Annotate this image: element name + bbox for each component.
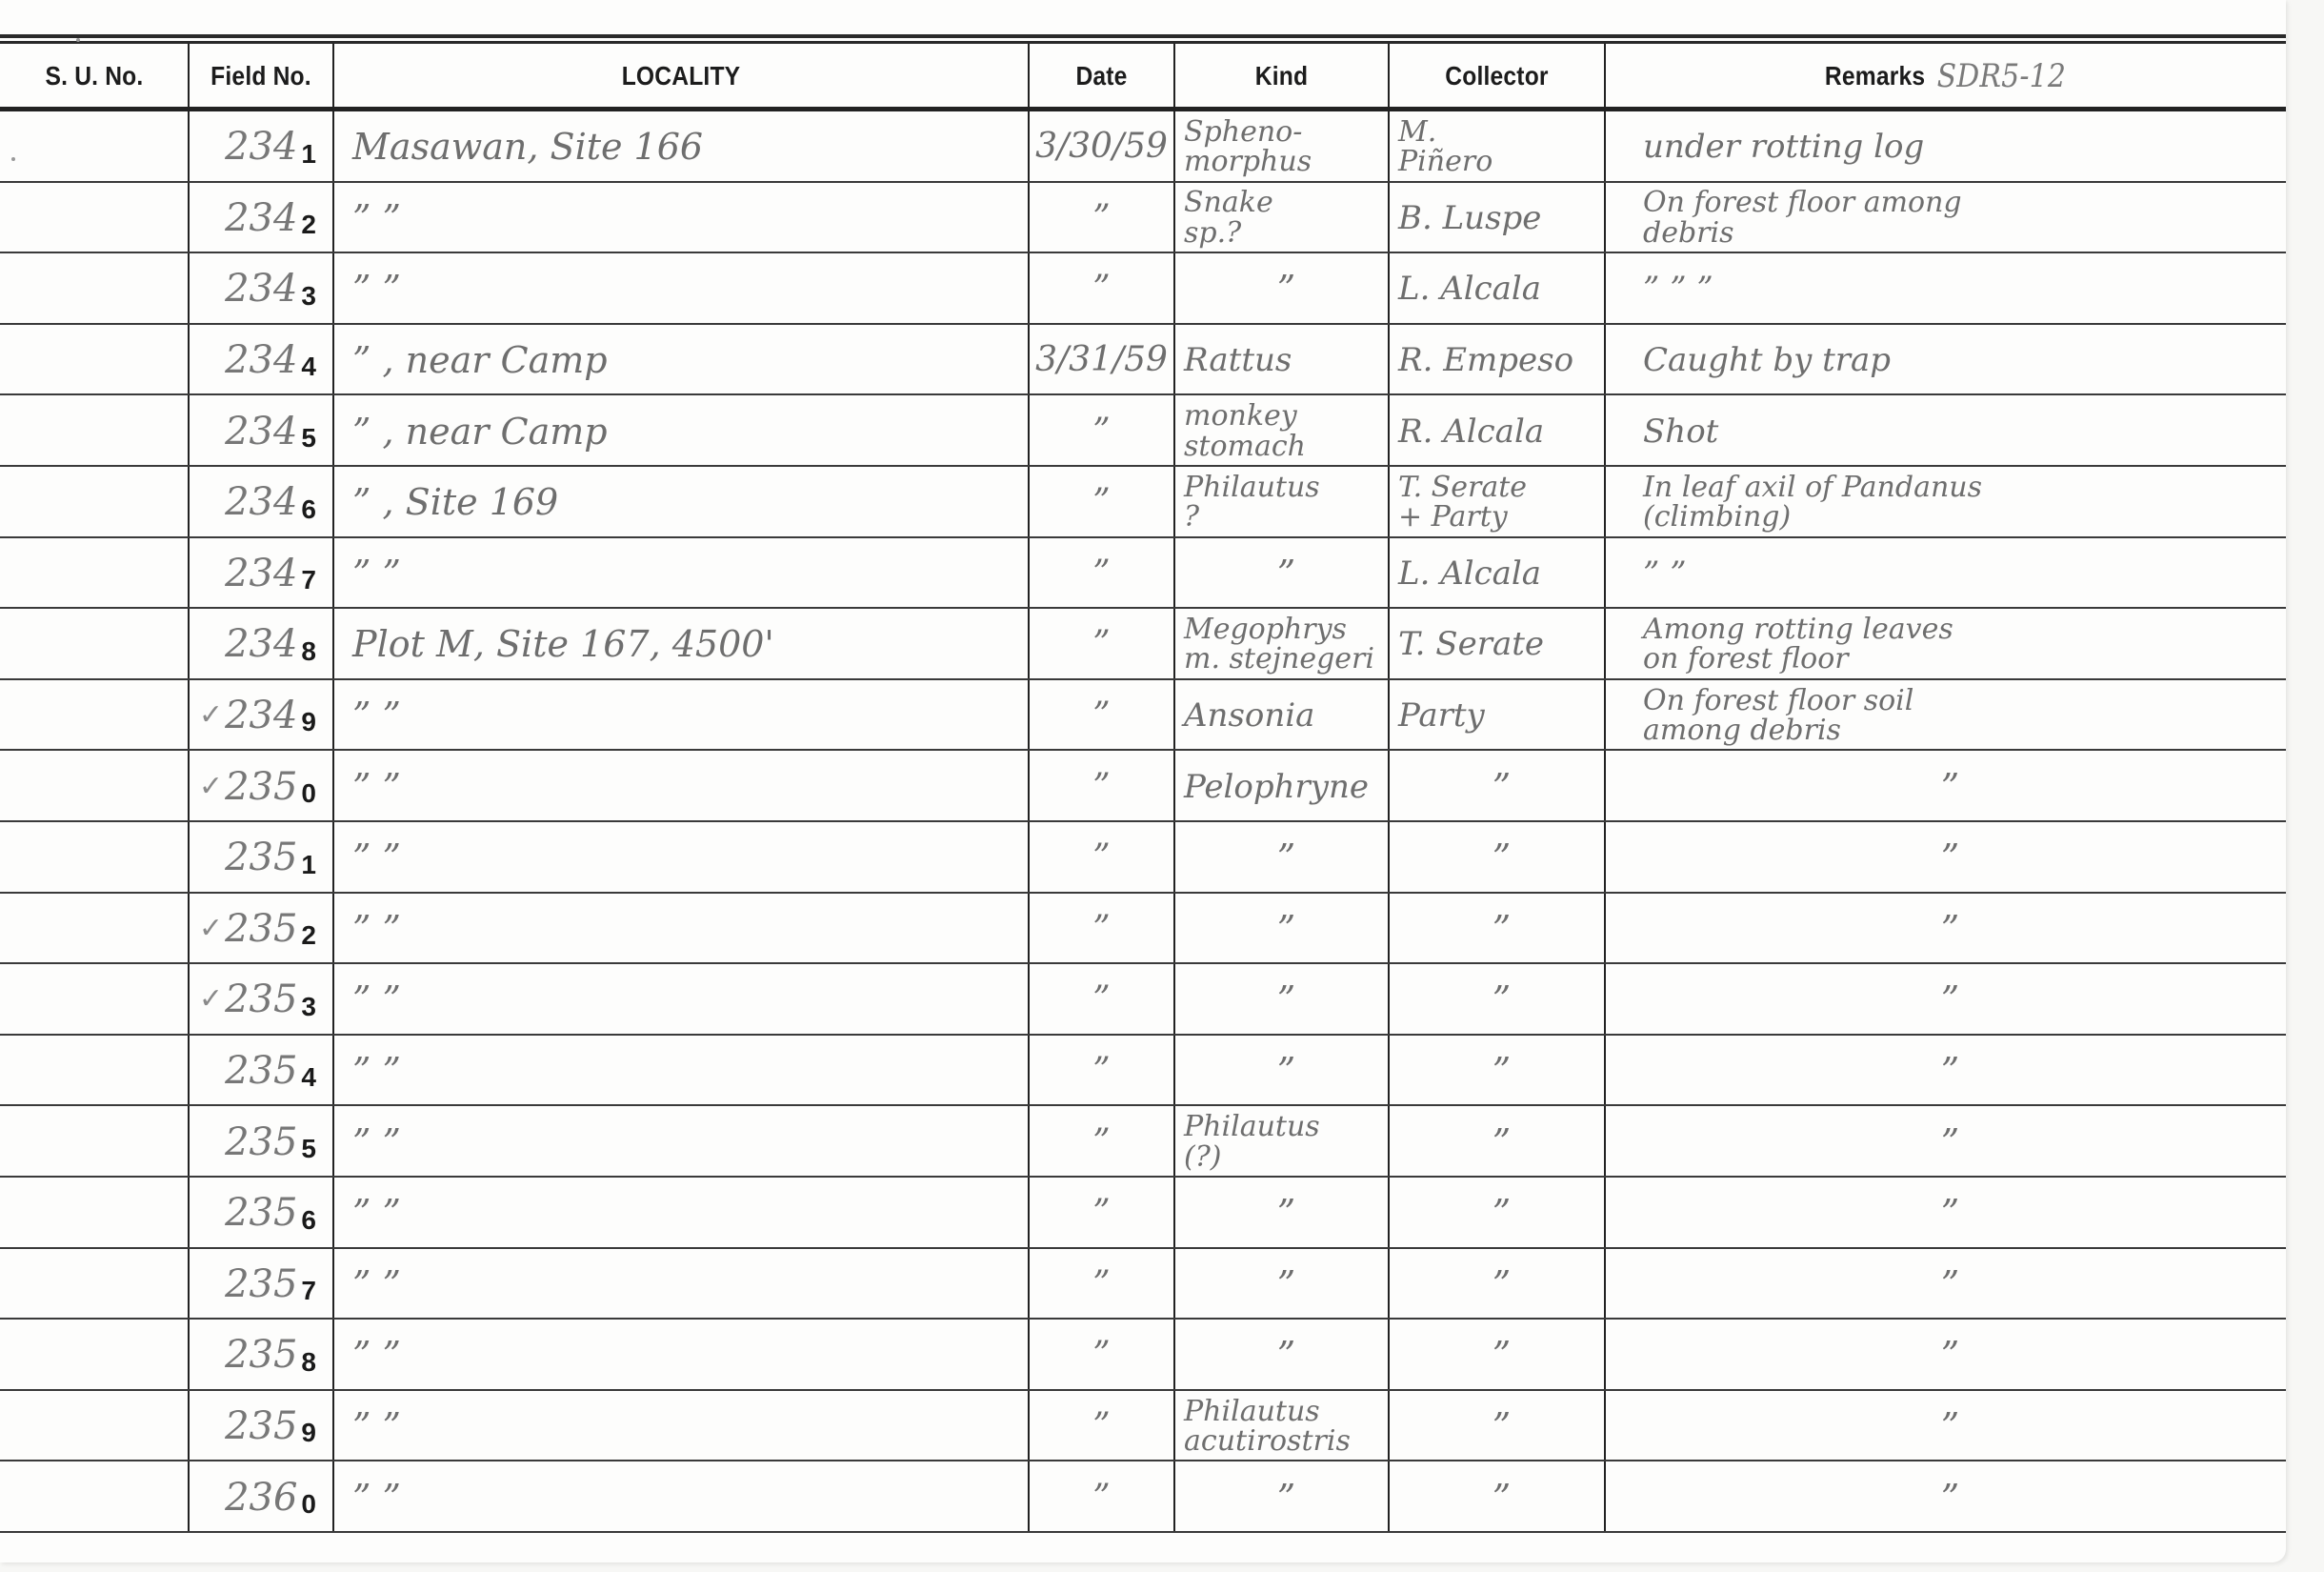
- locality-cell: ” , Site 169: [333, 467, 1029, 538]
- remarks-cell: Among rotting leaveson forest floor: [1605, 609, 2286, 680]
- kind-cell: Rattus: [1174, 325, 1389, 396]
- header-locality: LOCALITY: [375, 46, 987, 107]
- locality-cell: ” , near Camp: [333, 325, 1029, 396]
- header-date: Date: [1037, 46, 1166, 107]
- locality-cell: ” ”: [333, 1391, 1029, 1462]
- date-cell: ”: [1029, 609, 1174, 680]
- field-no-cell: 2354: [189, 1036, 333, 1107]
- date-cell: ”: [1029, 1106, 1174, 1178]
- kind-cell: Ansonia: [1174, 680, 1389, 752]
- remarks-cell: Shot: [1605, 395, 2286, 467]
- check-mark-icon: ✓: [199, 985, 223, 1014]
- header-remarks-label: Remarks: [1825, 61, 1925, 91]
- locality-cell: ” ”: [333, 1249, 1029, 1320]
- field-no-handwritten: 234: [225, 341, 297, 379]
- remarks-cell-line: among debris: [1643, 715, 1841, 746]
- kind-cell: Pelophryne: [1174, 751, 1389, 822]
- field-no-handwritten: 235: [225, 838, 297, 877]
- field-no-printed-digit: 9: [301, 1420, 316, 1446]
- remarks-cell-line: On forest floor among: [1643, 188, 1962, 218]
- top-double-rule: [0, 34, 2286, 38]
- su-no-cell: [0, 1106, 189, 1178]
- field-no-cell: 2341: [189, 111, 333, 183]
- date-cell: ”: [1029, 680, 1174, 752]
- locality-cell: ” ”: [333, 822, 1029, 894]
- field-no-handwritten: 234: [225, 413, 297, 451]
- field-no-cell: ✓2350: [143, 751, 333, 822]
- field-no-handwritten: 236: [225, 1479, 297, 1517]
- date-cell: ”: [1029, 822, 1174, 894]
- remarks-cell: Caught by trap: [1605, 325, 2286, 396]
- remarks-cell: ”: [1605, 1178, 2286, 1249]
- kind-cell: ”: [1174, 1461, 1389, 1533]
- table-row: 2348Plot M, Site 167, 4500'”Megophrysm. …: [0, 609, 2286, 680]
- kind-cell: ”: [1174, 1320, 1389, 1391]
- kind-cell: ”: [1174, 964, 1389, 1036]
- table-row: 2343” ”””L. Alcala” ” ”: [0, 253, 2286, 325]
- date-cell: ”: [1029, 1178, 1174, 1249]
- field-no-handwritten: 235: [225, 1123, 297, 1161]
- check-mark-icon: ✓: [199, 773, 223, 801]
- collector-cell: ”: [1389, 1106, 1605, 1178]
- row-rule: [0, 1531, 2286, 1533]
- su-no-cell: [0, 1178, 189, 1249]
- kind-cell-line: m. stejnegeri: [1184, 644, 1374, 675]
- kind-cell-line: Megophrys: [1184, 615, 1347, 645]
- kind-cell-line: morphus: [1184, 147, 1312, 177]
- field-no-cell: ✓2349: [143, 680, 333, 752]
- top-double-rule-inner: [0, 41, 2286, 44]
- locality-cell: ” , near Camp: [333, 395, 1029, 467]
- date-cell: ”: [1029, 467, 1174, 538]
- field-no-cell: 2355: [189, 1106, 333, 1178]
- kind-cell-line: Spheno-: [1184, 117, 1302, 148]
- field-no-cell: 2347: [189, 538, 333, 610]
- field-no-printed-digit: 9: [301, 709, 316, 736]
- locality-cell: ” ”: [333, 253, 1029, 325]
- paper-speck: [76, 38, 80, 42]
- remarks-cell: ”: [1605, 894, 2286, 965]
- field-no-cell: 2358: [189, 1320, 333, 1391]
- remarks-cell: ” ” ”: [1605, 253, 2286, 325]
- field-no-printed-digit: 5: [301, 425, 316, 452]
- locality-cell: ” ”: [333, 1178, 1029, 1249]
- collector-cell-line: T. Serate: [1398, 473, 1527, 503]
- table-row: ✓2350” ””Pelophryne””: [0, 751, 2286, 822]
- table-row: ✓2349” ””AnsoniaPartyOn forest floor soi…: [0, 680, 2286, 752]
- field-no-printed-digit: 3: [301, 283, 316, 310]
- su-no-cell: [0, 822, 189, 894]
- date-cell: ”: [1029, 964, 1174, 1036]
- kind-cell-line: monkey: [1184, 401, 1297, 432]
- field-no-handwritten: 235: [225, 980, 297, 1018]
- header-su-no: S. U. No.: [11, 46, 177, 107]
- table-row: 2342” ””Snakesp.?B. LuspeOn forest floor…: [0, 183, 2286, 254]
- field-no-handwritten: 235: [225, 768, 297, 806]
- su-no-cell: [0, 1320, 189, 1391]
- date-cell: ”: [1029, 751, 1174, 822]
- collector-cell: ”: [1389, 822, 1605, 894]
- kind-cell: Philautus?: [1174, 467, 1389, 538]
- table-row: 2360” ”””””: [0, 1461, 2286, 1533]
- collector-cell: ”: [1389, 964, 1605, 1036]
- remarks-cell-line: Among rotting leaves: [1643, 615, 1953, 645]
- locality-cell: ” ”: [333, 964, 1029, 1036]
- field-catalog-sheet: S. U. No. Field No. LOCALITY Date Kind C…: [0, 0, 2286, 1562]
- collector-cell: T. Serate+ Party: [1389, 467, 1605, 538]
- kind-cell-line: (?): [1184, 1142, 1222, 1173]
- field-no-handwritten: 235: [225, 1194, 297, 1232]
- kind-cell: ”: [1174, 822, 1389, 894]
- remarks-cell-line: In leaf axil of Pandanus: [1643, 473, 1982, 503]
- field-no-handwritten: 235: [225, 910, 297, 948]
- remarks-cell: ”: [1605, 964, 2286, 1036]
- table-row: 2356” ”””””: [0, 1178, 2286, 1249]
- collector-cell: ”: [1389, 751, 1605, 822]
- kind-cell: Philautus(?): [1174, 1106, 1389, 1178]
- field-no-handwritten: 234: [225, 128, 297, 166]
- su-no-cell: [0, 538, 189, 610]
- field-no-printed-digit: 7: [301, 567, 316, 594]
- su-no-cell: [0, 1391, 189, 1462]
- remarks-cell: ”: [1605, 1249, 2286, 1320]
- table-row: ✓2352” ”””””: [0, 894, 2286, 965]
- table-row: 2347” ”””L. Alcala” ”: [0, 538, 2286, 610]
- locality-cell: ” ”: [333, 1461, 1029, 1533]
- locality-cell: ” ”: [333, 680, 1029, 752]
- collector-cell: ”: [1389, 894, 1605, 965]
- field-no-printed-digit: 5: [301, 1136, 316, 1162]
- collector-cell: ”: [1389, 1036, 1605, 1107]
- kind-cell-line: stomach: [1184, 432, 1306, 462]
- field-no-handwritten: 234: [225, 554, 297, 593]
- su-no-cell: [0, 467, 189, 538]
- collector-cell: L. Alcala: [1389, 538, 1605, 610]
- collector-cell: T. Serate: [1389, 609, 1605, 680]
- date-cell: ”: [1029, 1391, 1174, 1462]
- field-no-printed-digit: 1: [301, 852, 316, 878]
- check-mark-icon: ✓: [199, 701, 223, 730]
- field-no-handwritten: 235: [225, 1265, 297, 1303]
- remarks-cell: ”: [1605, 751, 2286, 822]
- collector-cell: Party: [1389, 680, 1605, 752]
- table-row: 2351” ”””””: [0, 822, 2286, 894]
- date-cell: 3/31/59: [1029, 325, 1174, 396]
- su-no-cell: [0, 253, 189, 325]
- field-no-printed-digit: 2: [301, 922, 316, 949]
- field-no-cell: 2343: [189, 253, 333, 325]
- field-no-printed-digit: 7: [301, 1278, 316, 1304]
- field-no-handwritten: 235: [225, 1407, 297, 1445]
- field-no-handwritten: 234: [225, 270, 297, 308]
- kind-cell-line: Snake: [1184, 188, 1273, 218]
- remarks-cell: ”: [1605, 1036, 2286, 1107]
- kind-cell: monkeystomach: [1174, 395, 1389, 467]
- collector-cell: R. Empeso: [1389, 325, 1605, 396]
- field-no-cell: 2346: [189, 467, 333, 538]
- locality-cell: ” ”: [333, 1106, 1029, 1178]
- kind-cell-line: Philautus: [1184, 473, 1320, 503]
- su-no-cell: [0, 325, 189, 396]
- remarks-cell: In leaf axil of Pandanus(climbing): [1605, 467, 2286, 538]
- field-no-printed-digit: 0: [301, 1491, 316, 1518]
- collector-cell-line: + Party: [1398, 502, 1508, 533]
- field-no-printed-digit: 2: [301, 212, 316, 238]
- field-no-printed-digit: 3: [301, 994, 316, 1020]
- kind-cell: ”: [1174, 1249, 1389, 1320]
- locality-cell: ” ”: [333, 1036, 1029, 1107]
- table-row: 2357” ”””””: [0, 1249, 2286, 1320]
- kind-cell: ”: [1174, 538, 1389, 610]
- date-cell: ”: [1029, 1036, 1174, 1107]
- collector-cell: B. Luspe: [1389, 183, 1605, 254]
- kind-cell-line: sp.?: [1184, 218, 1241, 249]
- locality-cell: ” ”: [333, 894, 1029, 965]
- collector-cell: M.Piñero: [1389, 111, 1605, 183]
- table-row: 2358” ”””””: [0, 1320, 2286, 1391]
- kind-cell: ”: [1174, 1036, 1389, 1107]
- check-mark-icon: ✓: [199, 915, 223, 943]
- field-no-printed-digit: 4: [301, 353, 316, 380]
- header-remarks: Remarks SDR5-12: [1646, 46, 2245, 107]
- collector-cell: ”: [1389, 1391, 1605, 1462]
- field-no-cell: 2359: [189, 1391, 333, 1462]
- locality-cell: ” ”: [333, 538, 1029, 610]
- field-no-handwritten: 234: [225, 625, 297, 663]
- kind-cell-line: Philautus: [1184, 1397, 1320, 1427]
- field-no-printed-digit: 1: [301, 141, 316, 168]
- field-no-cell: 2351: [189, 822, 333, 894]
- kind-cell: ”: [1174, 1178, 1389, 1249]
- collector-cell: R. Alcala: [1389, 395, 1605, 467]
- su-no-cell: [0, 183, 189, 254]
- remarks-cell: under rotting log: [1605, 111, 2286, 183]
- date-cell: ”: [1029, 1461, 1174, 1533]
- header-field-no: Field No.: [197, 46, 325, 107]
- collector-cell-line: Piñero: [1398, 147, 1493, 177]
- field-no-printed-digit: 8: [301, 1349, 316, 1376]
- field-no-printed-digit: 0: [301, 780, 316, 807]
- remarks-cell-line: On forest floor soil: [1643, 686, 1913, 716]
- header-collector: Collector: [1402, 46, 1593, 107]
- collector-cell: ”: [1389, 1461, 1605, 1533]
- field-no-handwritten: 235: [225, 1336, 297, 1374]
- remarks-cell: ”: [1605, 1391, 2286, 1462]
- su-no-cell: [0, 111, 189, 183]
- su-no-cell: [0, 1249, 189, 1320]
- locality-cell: ” ”: [333, 183, 1029, 254]
- table-row: 2355” ””Philautus(?)””: [0, 1106, 2286, 1178]
- field-no-printed-digit: 6: [301, 496, 316, 523]
- su-no-cell: [0, 395, 189, 467]
- table-row: 2354” ”””””: [0, 1036, 2286, 1107]
- remarks-cell: On forest floor amongdebris: [1605, 183, 2286, 254]
- kind-cell-line: Philautus: [1184, 1112, 1320, 1142]
- collector-cell: ”: [1389, 1320, 1605, 1391]
- field-no-handwritten: 235: [225, 1052, 297, 1090]
- field-no-cell: ✓2353: [143, 964, 333, 1036]
- field-no-cell: 2345: [189, 395, 333, 467]
- date-cell: 3/30/59: [1029, 111, 1174, 183]
- kind-cell-line: acutirostris: [1184, 1426, 1351, 1457]
- date-cell: ”: [1029, 183, 1174, 254]
- su-no-cell: [0, 609, 189, 680]
- field-no-cell: 2342: [189, 183, 333, 254]
- table-row: 2346” , Site 169”Philautus?T. Serate+ Pa…: [0, 467, 2286, 538]
- table-row: ✓2353” ”””””: [0, 964, 2286, 1036]
- date-cell: ”: [1029, 538, 1174, 610]
- date-cell: ”: [1029, 395, 1174, 467]
- header-kind: Kind: [1188, 46, 1376, 107]
- date-cell: ”: [1029, 1249, 1174, 1320]
- remarks-cell: ” ”: [1605, 538, 2286, 610]
- field-no-printed-digit: 4: [301, 1064, 316, 1091]
- kind-cell: ”: [1174, 253, 1389, 325]
- su-no-cell: [0, 1461, 189, 1533]
- paper-speck: [11, 157, 15, 161]
- table-row: 2345” , near Camp”monkeystomachR. Alcala…: [0, 395, 2286, 467]
- date-cell: ”: [1029, 253, 1174, 325]
- remarks-annotation: SDR5-12: [1937, 57, 2066, 95]
- remarks-cell: ”: [1605, 1106, 2286, 1178]
- kind-cell: Megophrysm. stejnegeri: [1174, 609, 1389, 680]
- kind-cell: Philautusacutirostris: [1174, 1391, 1389, 1462]
- remarks-cell-line: (climbing): [1643, 502, 1791, 533]
- table-row: 2341Masawan, Site 1663/30/59Spheno-morph…: [0, 111, 2286, 183]
- field-no-cell: 2357: [189, 1249, 333, 1320]
- remarks-cell-line: on forest floor: [1643, 644, 1849, 675]
- table-row: 2359” ””Philautusacutirostris””: [0, 1391, 2286, 1462]
- locality-cell: ” ”: [333, 1320, 1029, 1391]
- field-no-cell: 2360: [189, 1461, 333, 1533]
- kind-cell: ”: [1174, 894, 1389, 965]
- field-no-cell: ✓2352: [143, 894, 333, 965]
- field-no-printed-digit: 8: [301, 638, 316, 665]
- su-no-cell: [0, 1036, 189, 1107]
- field-no-handwritten: 234: [225, 483, 297, 521]
- date-cell: ”: [1029, 894, 1174, 965]
- remarks-cell: ”: [1605, 1320, 2286, 1391]
- remarks-cell: On forest floor soilamong debris: [1605, 680, 2286, 752]
- remarks-cell-line: debris: [1643, 218, 1734, 249]
- collector-cell: ”: [1389, 1249, 1605, 1320]
- kind-cell: Snakesp.?: [1174, 183, 1389, 254]
- field-no-cell: 2356: [189, 1178, 333, 1249]
- table-row: 2344” , near Camp3/31/59RattusR. EmpesoC…: [0, 325, 2286, 396]
- field-no-cell: 2348: [189, 609, 333, 680]
- locality-cell: Plot M, Site 167, 4500': [333, 609, 1029, 680]
- collector-cell-line: M.: [1398, 117, 1436, 148]
- field-no-cell: 2344: [189, 325, 333, 396]
- field-no-handwritten: 234: [225, 199, 297, 237]
- collector-cell: ”: [1389, 1178, 1605, 1249]
- locality-cell: Masawan, Site 166: [333, 111, 1029, 183]
- field-no-printed-digit: 6: [301, 1207, 316, 1234]
- field-no-handwritten: 234: [225, 696, 297, 735]
- date-cell: ”: [1029, 1320, 1174, 1391]
- locality-cell: ” ”: [333, 751, 1029, 822]
- kind-cell-line: ?: [1184, 502, 1199, 533]
- collector-cell: L. Alcala: [1389, 253, 1605, 325]
- remarks-cell: ”: [1605, 1461, 2286, 1533]
- kind-cell: Spheno-morphus: [1174, 111, 1389, 183]
- remarks-cell: ”: [1605, 822, 2286, 894]
